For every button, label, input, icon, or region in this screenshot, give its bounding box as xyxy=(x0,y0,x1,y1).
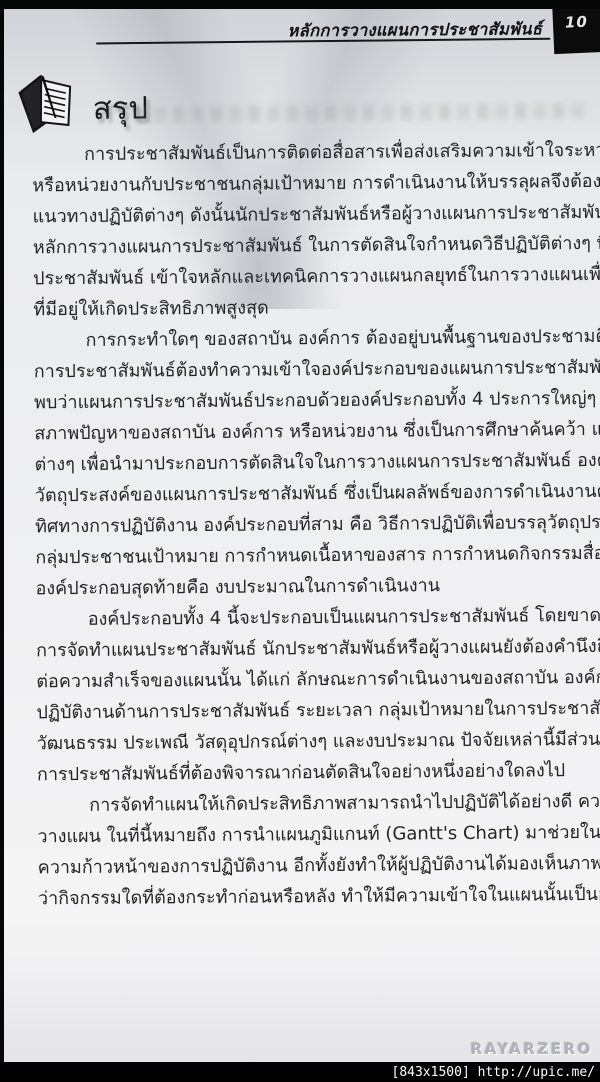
document-page: หลักการวางแผนการประชาสัมพันธ์ 10 xyxy=(4,9,600,1062)
text-line: ปฏิบัติงานด้านการประชาสัมพันธ์ ระยะเวลา … xyxy=(36,693,588,728)
paragraph: การจัดทำแผนให้เกิดประสิทธิภาพสามารถนำไปป… xyxy=(37,786,590,914)
text-line: ต่อความสำเร็จของแผนนั้น ได้แก่ ลักษณะการ… xyxy=(36,662,588,697)
text-line: ทิศทางการปฏิบัติงาน องค์ประกอบที่สาม คือ… xyxy=(35,507,587,542)
credit-bar: [843x1500] http://upic.me/ xyxy=(0,1062,600,1082)
text-line: กลุ่มประชาชนเป้าหมาย การกำหนดเนื้อหาของส… xyxy=(35,538,587,573)
page-number: 10 xyxy=(565,13,589,32)
text-line: ต่างๆ เพื่อนำมาประกอบการตัดสินใจในการวาง… xyxy=(34,445,586,480)
page-number-box: 10 xyxy=(552,9,600,54)
text-line: การจัดทำแผนให้เกิดประสิทธิภาพสามารถนำไปป… xyxy=(37,786,589,821)
text-line: การกระทำใดๆ ของสถาบัน องค์การ ต้องอยู่บน… xyxy=(33,321,585,356)
text-line: องค์ประกอบสุดท้ายคือ งบประมาณในการดำเนิน… xyxy=(35,569,587,604)
text-line: การประชาสัมพันธ์เป็นการติดต่อสื่อสารเพื่… xyxy=(32,135,584,170)
text-line: การประชาสัมพันธ์ที่ต้องพิจารณาก่อนตัดสิน… xyxy=(37,755,589,790)
text-line: พบว่าแผนการประชาสัมพันธ์ประกอบด้วยองค์ปร… xyxy=(34,383,586,418)
text-line: วัตถุประสงค์ของแผนการประชาสัมพันธ์ ซึ่งเ… xyxy=(35,476,587,511)
text-line: ว่ากิจกรรมใดที่ต้องกระทำก่อนหรือหลัง ทำใ… xyxy=(38,879,590,914)
photo-frame: หลักการวางแผนการประชาสัมพันธ์ 10 xyxy=(0,0,600,1082)
text-line: หลักการวางแผนการประชาสัมพันธ์ ในการตัดสิ… xyxy=(33,228,585,263)
text-line: แนวทางปฏิบัติต่างๆ ดังนั้นนักประชาสัมพัน… xyxy=(33,197,585,232)
paragraph: การกระทำใดๆ ของสถาบัน องค์การ ต้องอยู่บน… xyxy=(33,321,587,604)
open-book-icon xyxy=(16,69,79,135)
text-line: การประชาสัมพันธ์ต้องทำความเข้าใจองค์ประก… xyxy=(34,352,586,387)
text-line: สภาพปัญหาของสถาบัน องค์การ หรือหน่วยงาน … xyxy=(34,414,586,449)
watermark: RAYARZERO xyxy=(471,1040,593,1058)
text-line: วางแผน ในที่นี้หมายถึง การนำแผนภูมิแกนท์… xyxy=(37,817,589,852)
text-line: หรือหน่วยงานกับประชาชนกลุ่มเป้าหมาย การด… xyxy=(32,166,584,201)
text-line: ความก้าวหน้าของการปฏิบัติงาน อีกทั้งยังท… xyxy=(38,848,590,883)
text-line: การจัดทำแผนประชาสัมพันธ์ นักประชาสัมพันธ… xyxy=(36,631,588,666)
page-content: หลักการวางแผนการประชาสัมพันธ์ 10 xyxy=(4,9,600,1062)
text-line: วัฒนธรรม ประเพณี วัสดุอุปกรณ์ต่างๆ และงบ… xyxy=(37,724,589,759)
text-line: องค์ประกอบทั้ง 4 นี้จะประกอบเป็นแผนการปร… xyxy=(36,600,588,635)
credit-text: [843x1500] http://upic.me/ xyxy=(392,1065,596,1080)
ink-bleed-through xyxy=(135,103,591,123)
text-line: ประชาสัมพันธ์ เข้าใจหลักและเทคนิคการวางแ… xyxy=(33,259,585,294)
section-heading: สรุป xyxy=(16,68,148,135)
body-text: การประชาสัมพันธ์เป็นการติดต่อสื่อสารเพื่… xyxy=(32,135,590,914)
paragraph: การประชาสัมพันธ์เป็นการติดต่อสื่อสารเพื่… xyxy=(32,135,585,325)
text-line: ที่มีอยู่ให้เกิดประสิทธิภาพสูงสุด xyxy=(33,290,585,325)
paragraph: องค์ประกอบทั้ง 4 นี้จะประกอบเป็นแผนการปร… xyxy=(36,600,589,790)
